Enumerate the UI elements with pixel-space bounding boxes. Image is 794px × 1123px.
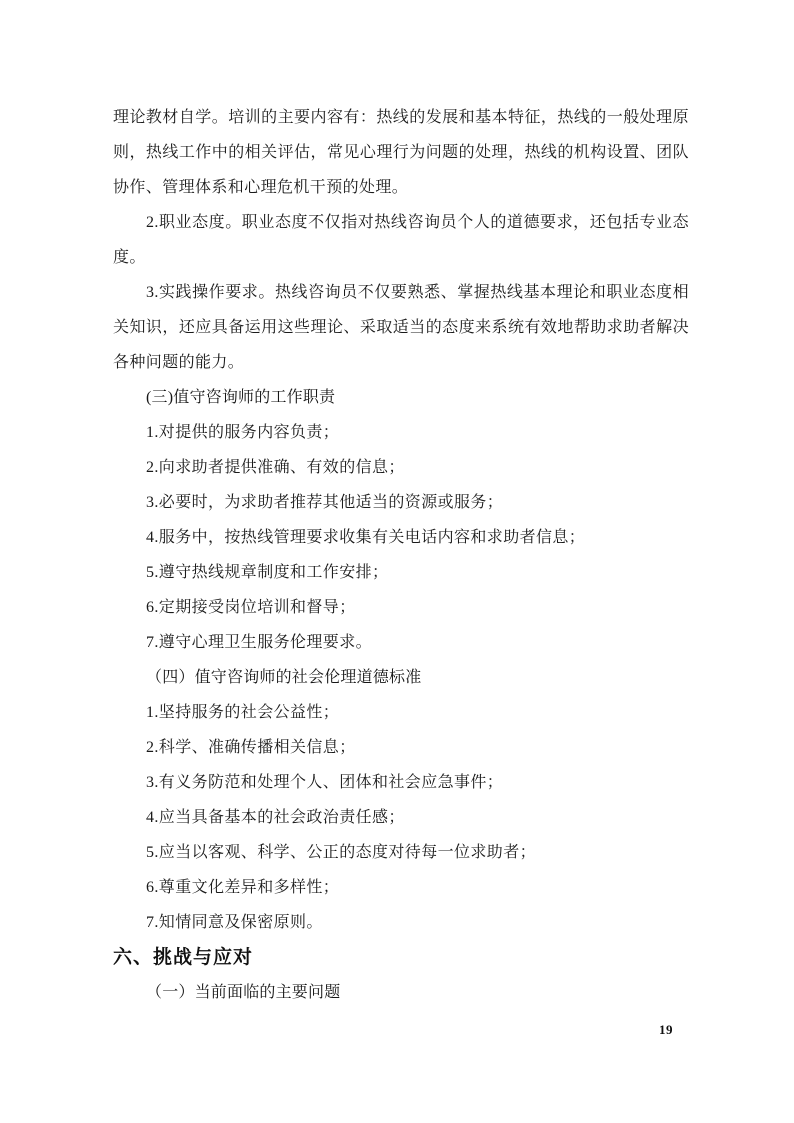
list-item: 7.遵守心理卫生服务伦理要求。 bbox=[113, 625, 689, 660]
paragraph-line: 度。 bbox=[113, 240, 689, 275]
list-item: 3.必要时，为求助者推荐其他适当的资源或服务； bbox=[113, 485, 689, 520]
list-item: 4.服务中，按热线管理要求收集有关电话内容和求助者信息； bbox=[113, 520, 689, 555]
section-heading: 六、挑战与应对 bbox=[113, 940, 689, 975]
paragraph-line: 理论教材自学。培训的主要内容有：热线的发展和基本特征，热线的一般处理原 bbox=[113, 100, 689, 135]
list-item: 2.科学、准确传播相关信息； bbox=[113, 730, 689, 765]
list-item: 7.知情同意及保密原则。 bbox=[113, 905, 689, 940]
paragraph-line: 关知识，还应具备运用这些理论、采取适当的态度来系统有效地帮助求助者解决 bbox=[113, 310, 689, 345]
list-item: 5.遵守热线规章制度和工作安排； bbox=[113, 555, 689, 590]
subsection-heading-ethics: （四）值守咨询师的社会伦理道德标准 bbox=[113, 660, 689, 695]
list-item: 1.对提供的服务内容负责； bbox=[113, 415, 689, 450]
paragraph-line: 2.职业态度。职业态度不仅指对热线咨询员个人的道德要求，还包括专业态 bbox=[113, 205, 689, 240]
page-number: 19 bbox=[659, 1022, 673, 1038]
list-item: 4.应当具备基本的社会政治责任感； bbox=[113, 800, 689, 835]
paragraph-line: 则，热线工作中的相关评估，常见心理行为问题的处理，热线的机构设置、团队 bbox=[113, 135, 689, 170]
paragraph-line: 协作、管理体系和心理危机干预的处理。 bbox=[113, 170, 689, 205]
paragraph-line: 3.实践操作要求。热线咨询员不仅要熟悉、掌握热线基本理论和职业态度相 bbox=[113, 275, 689, 310]
list-item: 6.定期接受岗位培训和督导； bbox=[113, 590, 689, 625]
list-item: 2.向求助者提供准确、有效的信息； bbox=[113, 450, 689, 485]
list-item: 5.应当以客观、科学、公正的态度对待每一位求助者； bbox=[113, 835, 689, 870]
list-item: 1.坚持服务的社会公益性； bbox=[113, 695, 689, 730]
document-viewport: { "page_number": "19", "colors": { "page… bbox=[0, 0, 794, 1123]
list-item: 3.有义务防范和处理个人、团体和社会应急事件； bbox=[113, 765, 689, 800]
subsection-heading-problems: （一）当前面临的主要问题 bbox=[113, 975, 689, 1010]
document-page: 理论教材自学。培训的主要内容有：热线的发展和基本特征，热线的一般处理原 则，热线… bbox=[0, 0, 794, 1123]
list-item: 6.尊重文化差异和多样性； bbox=[113, 870, 689, 905]
page-body: 理论教材自学。培训的主要内容有：热线的发展和基本特征，热线的一般处理原 则，热线… bbox=[113, 100, 689, 1010]
subsection-heading-duties: (三)值守咨询师的工作职责 bbox=[113, 380, 689, 415]
paragraph-line: 各种问题的能力。 bbox=[113, 345, 689, 380]
